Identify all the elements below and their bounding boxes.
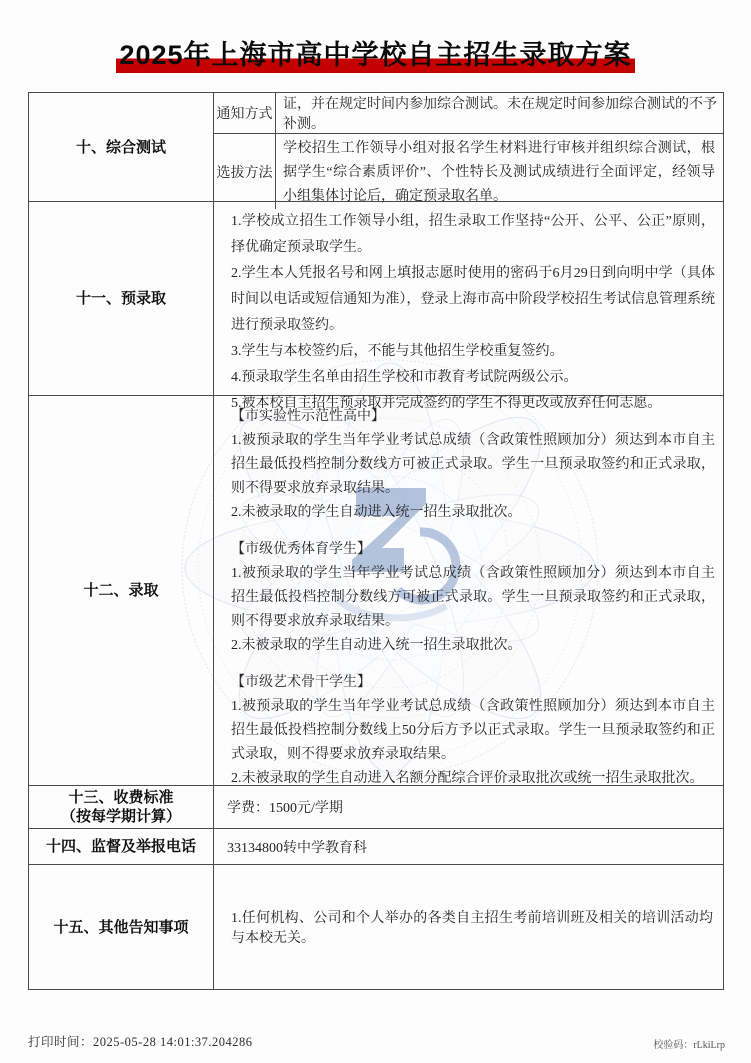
row-label-line1: 十三、收费标准 — [68, 788, 173, 807]
page-title: 2025年上海市高中学校自主招生录取方案 — [116, 39, 634, 73]
row-label: 十四、监督及举报电话 — [29, 829, 214, 864]
section-heading: 【市级优秀体育学生】 — [231, 538, 715, 562]
admission-section-experimental: 【市实验性示范性高中】 1.被预录取的学生当年学业考试总成绩（含政策性照顾加分）… — [231, 405, 715, 525]
row-label: 十一、预录取 — [29, 202, 214, 395]
table-row-fees: 十三、收费标准 （按每学期计算） 学费：1500元/学期 — [29, 785, 723, 828]
print-time-value: 2025-05-28 14:01:37.204286 — [93, 1035, 253, 1049]
list-item: 2.学生本人凭报名号和网上填报志愿时使用的密码于6月29日到向明中学（具体时间以… — [231, 261, 715, 339]
table-row-other-notices: 十五、其他告知事项 1.任何机构、公司和个人举办的各类自主招生考前培训班及相关的… — [29, 864, 723, 989]
verification-code: 校验码：rLkiLrp — [653, 1036, 725, 1051]
list-item: 1.被预录取的学生当年学业考试总成绩（含政策性照顾加分）须达到本市自主招生最低投… — [231, 695, 715, 767]
row-content: 33134800转中学教育科 — [214, 829, 723, 864]
verification-code-label: 校验码： — [653, 1040, 693, 1051]
table-row-supervision-phone: 十四、监督及举报电话 33134800转中学教育科 — [29, 828, 723, 864]
page-title-row: 2025年上海市高中学校自主招生录取方案 — [0, 39, 751, 73]
row-content: 1.任何机构、公司和个人举办的各类自主招生考前培训班及相关的培训活动均与本校无关… — [214, 865, 723, 989]
subrow-label: 通知方式 — [214, 93, 276, 133]
list-item: 1.被预录取的学生当年学业考试总成绩（含政策性照顾加分）须达到本市自主招生最低投… — [231, 429, 715, 501]
admission-section-arts: 【市级艺术骨干学生】 1.被预录取的学生当年学业考试总成绩（含政策性照顾加分）须… — [231, 671, 715, 791]
table-row-admission: 十二、录取 【市实验性示范性高中】 1.被预录取的学生当年学业考试总成绩（含政策… — [29, 395, 723, 785]
subrow-content: 证，并在规定时间内参加综合测试。未在规定时间参加综合测试的不予补测。 — [276, 93, 723, 133]
enrollment-plan-table: 十、综合测试 通知方式 证，并在规定时间内参加综合测试。未在规定时间参加综合测试… — [28, 92, 724, 990]
row-subtable: 通知方式 证，并在规定时间内参加综合测试。未在规定时间参加综合测试的不予补测。 … — [214, 93, 723, 201]
subrow-notify-method: 通知方式 证，并在规定时间内参加综合测试。未在规定时间参加综合测试的不予补测。 — [214, 93, 723, 133]
row-content: 1.学校成立招生工作领导小组，招生录取工作坚持“公开、公平、公正”原则，择优确定… — [214, 202, 723, 395]
row-label: 十、综合测试 — [29, 93, 214, 201]
subrow-selection-method: 选拔方法 学校招生工作领导小组对报名学生材料进行审核并组织综合测试，根据学生“综… — [214, 133, 723, 209]
admission-section-sports: 【市级优秀体育学生】 1.被预录取的学生当年学业考试总成绩（含政策性照顾加分）须… — [231, 538, 715, 658]
row-content: 学费：1500元/学期 — [214, 786, 723, 828]
list-item: 4.预录取学生名单由招生学校和市教育考试院两级公示。 — [231, 365, 715, 391]
subrow-label: 选拔方法 — [214, 134, 276, 209]
subrow-content: 学校招生工作领导小组对报名学生材料进行审核并组织综合测试，根据学生“综合素质评价… — [276, 134, 723, 209]
table-row-comprehensive-test: 十、综合测试 通知方式 证，并在规定时间内参加综合测试。未在规定时间参加综合测试… — [29, 93, 723, 201]
print-time: 打印时间：2025-05-28 14:01:37.204286 — [28, 1032, 253, 1050]
list-item: 2.未被录取的学生自动进入统一招生录取批次。 — [231, 634, 715, 658]
row-content: 【市实验性示范性高中】 1.被预录取的学生当年学业考试总成绩（含政策性照顾加分）… — [214, 396, 723, 785]
table-row-pre-admission: 十一、预录取 1.学校成立招生工作领导小组，招生录取工作坚持“公开、公平、公正”… — [29, 201, 723, 395]
list-item: 1.被预录取的学生当年学业考试总成绩（含政策性照顾加分）须达到本市自主招生最低投… — [231, 562, 715, 634]
section-heading: 【市实验性示范性高中】 — [231, 405, 715, 429]
row-label: 十三、收费标准 （按每学期计算） — [29, 786, 214, 828]
section-heading: 【市级艺术骨干学生】 — [231, 671, 715, 695]
list-item: 1.学校成立招生工作领导小组，招生录取工作坚持“公开、公平、公正”原则，择优确定… — [231, 209, 715, 261]
row-label: 十五、其他告知事项 — [29, 865, 214, 989]
row-label: 十二、录取 — [29, 396, 214, 785]
verification-code-value: rLkiLrp — [693, 1040, 725, 1051]
list-item: 3.学生与本校签约后，不能与其他招生学校重复签约。 — [231, 339, 715, 365]
document-page: 2025年上海市高中学校自主招生录取方案 十、综合测试 通知方式 证，并在规定时… — [0, 0, 751, 1063]
row-label-line2: （按每学期计算） — [61, 807, 181, 826]
list-item: 2.未被录取的学生自动进入统一招生录取批次。 — [231, 501, 715, 525]
print-time-label: 打印时间： — [28, 1035, 93, 1049]
